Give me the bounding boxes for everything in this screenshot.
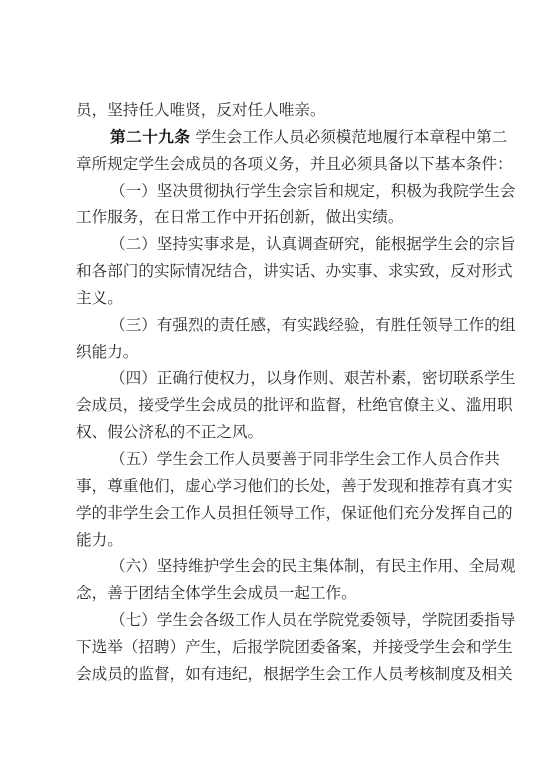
text-line: 能力。 [76,527,486,554]
text-line: 学的非学生会工作人员担任领导工作，保证他们充分发挥自己的 [76,500,486,527]
text-line: 会成员，接受学生会成员的批评和监督，杜绝官僚主义、滥用职 [76,392,486,419]
clause-6-line: （六）坚持维护学生会的民主集体制，有民主作用、全局观 [76,553,486,580]
clause-4-line: （四）正确行使权力，以身作则、艰苦朴素，密切联系学生 [76,365,486,392]
text-line: 员，坚持任人唯贤，反对任人唯亲。 [76,97,486,124]
document-page: 员，坚持任人唯贤，反对任人唯亲。 第二十九条 学生会工作人员必须模范地履行本章程… [76,97,486,688]
article-number: 第二十九条 [110,128,190,146]
article-29-heading-line: 第二十九条 学生会工作人员必须模范地履行本章程中第二 [76,124,486,151]
clause-3-line: （三）有强烈的责任感，有实践经验，有胜任领导工作的组 [76,312,486,339]
text-line: 会成员的监督，如有违纪，根据学生会工作人员考核制度及相关 [76,661,486,688]
clause-7-line: （七）学生会各级工作人员在学院党委领导，学院团委指导 [76,607,486,634]
article-text: 学生会工作人员必须模范地履行本章程中第二 [190,128,507,146]
text-line: 权、假公济私的不正之风。 [76,419,486,446]
text-line: 念，善于团结全体学生会成员一起工作。 [76,580,486,607]
text-line: 事，尊重他们，虚心学习他们的长处，善于发现和推荐有真才实 [76,473,486,500]
text-line: 主义。 [76,285,486,312]
text-line: 和各部门的实际情况结合，讲实话、办实事、求实致，反对形式 [76,258,486,285]
text-line: 下选举（招聘）产生，后报学院团委备案，并接受学生会和学生 [76,634,486,661]
clause-5-line: （五）学生会工作人员要善于同非学生会工作人员合作共 [76,446,486,473]
text-line: 织能力。 [76,339,486,366]
text-line: 工作服务，在日常工作中开拓创新，做出实绩。 [76,204,486,231]
text-line: 章所规定学生会成员的各项义务，并且必须具备以下基本条件： [76,151,486,178]
clause-2-line: （二）坚持实事求是，认真调查研究，能根据学生会的宗旨 [76,231,486,258]
clause-1-line: （一）坚决贯彻执行学生会宗旨和规定，积极为我院学生会 [76,178,486,205]
